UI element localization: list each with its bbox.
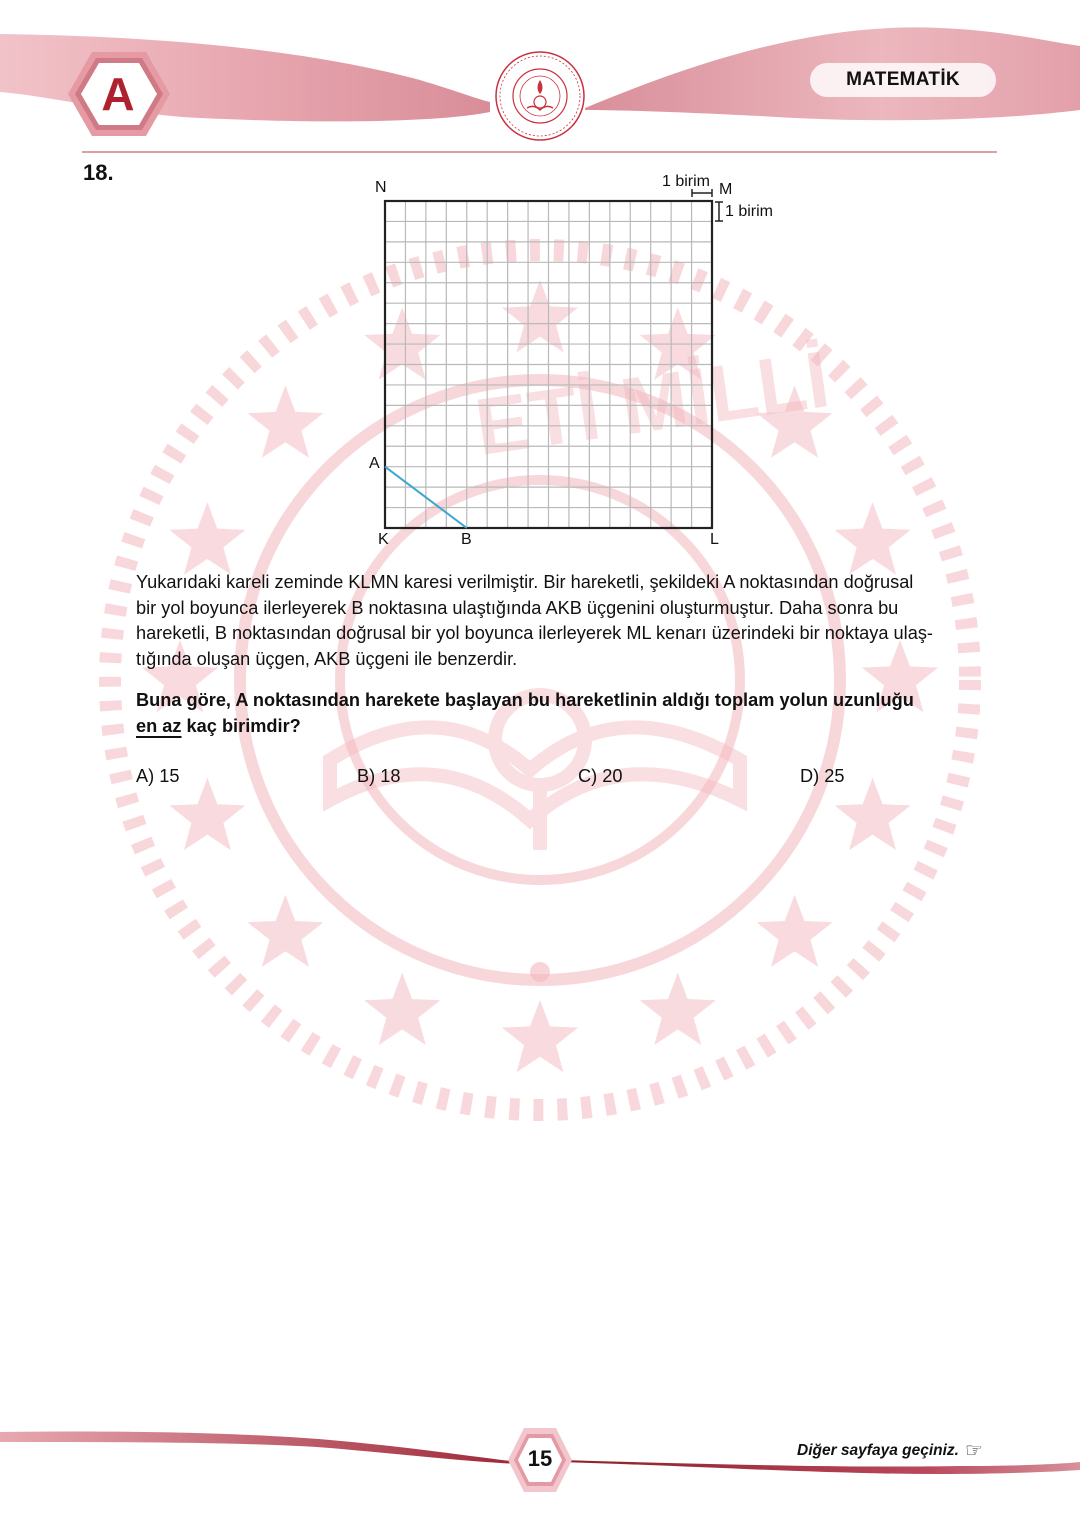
- choice-a[interactable]: A) 15: [136, 766, 179, 787]
- corner-label-l: L: [710, 531, 719, 549]
- prompt-line: Buna göre, A noktasından harekete başlay…: [136, 688, 996, 714]
- prompt-line: en az kaç birimdir?: [136, 714, 996, 740]
- stem-line: hareketli, B noktasından doğrusal bir yo…: [136, 621, 996, 647]
- next-page-note: Diğer sayfaya geçiniz. ☞: [797, 1441, 983, 1461]
- page-number: 15: [514, 1441, 566, 1477]
- point-label-b: B: [461, 531, 472, 549]
- next-page-text: Diğer sayfaya geçiniz.: [797, 1442, 959, 1460]
- point-label-a: A: [369, 455, 380, 473]
- stem-line: tığında oluşan üçgen, AKB üçgeni ile ben…: [136, 647, 996, 673]
- corner-label-m: M: [719, 181, 732, 199]
- pointing-hand-icon: ☞: [965, 1441, 983, 1461]
- stem-line: Yukarıdaki kareli zeminde KLMN karesi ve…: [136, 570, 996, 596]
- prompt-rest: kaç birimdir?: [182, 716, 301, 736]
- unit-label-horizontal: 1 birim: [662, 173, 710, 191]
- prompt-emphasis: en az: [136, 716, 182, 736]
- corner-label-k: K: [378, 531, 389, 549]
- question-stem: Yukarıdaki kareli zeminde KLMN karesi ve…: [136, 570, 996, 672]
- unit-label-vertical: 1 birim: [725, 203, 773, 221]
- question-prompt: Buna göre, A noktasından harekete başlay…: [136, 688, 996, 739]
- grid-figure: [0, 0, 1080, 560]
- stem-line: bir yol boyunca ilerleyerek B noktasına …: [136, 596, 996, 622]
- choice-c[interactable]: C) 20: [578, 766, 622, 787]
- corner-label-n: N: [375, 179, 387, 197]
- choice-d[interactable]: D) 25: [800, 766, 844, 787]
- choice-b[interactable]: B) 18: [357, 766, 400, 787]
